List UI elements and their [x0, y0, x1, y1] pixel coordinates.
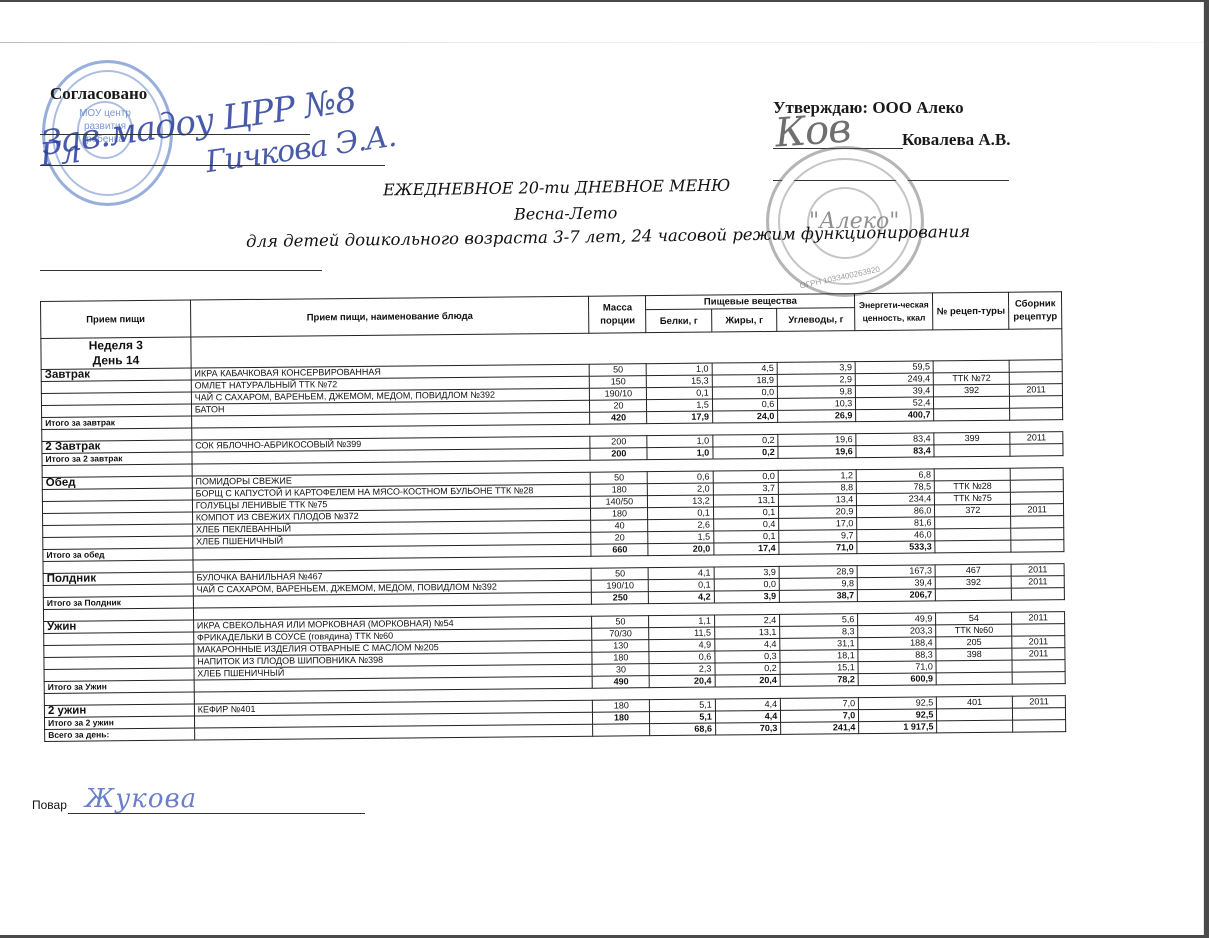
collection-cell: 2011: [1010, 384, 1063, 397]
protein-cell: 5,1: [650, 699, 716, 712]
carbs-cell: 13,4: [779, 494, 857, 507]
collection-cell: [1009, 360, 1062, 373]
day-total-mass-cell: [593, 724, 650, 737]
fat-cell: 4,5: [712, 362, 778, 375]
mass-cell: 180: [591, 484, 648, 497]
fat-cell: 0,2: [715, 662, 781, 675]
total-recipe-cell: [937, 708, 1013, 721]
collection-cell: [1009, 372, 1062, 385]
total-kcal-cell: 400,7: [856, 409, 934, 422]
total-kcal-cell: 83,4: [856, 445, 934, 458]
approver-name: Ковалева А.В.: [902, 130, 1011, 150]
day-total-fat-cell: 70,3: [715, 722, 781, 735]
signature-line: [40, 165, 385, 166]
kcal-cell: 81,6: [857, 517, 935, 530]
kcal-cell: 78,5: [857, 481, 935, 494]
collection-cell: [1012, 660, 1065, 673]
protein-cell: 1,5: [647, 399, 713, 412]
total-protein-cell: 4,2: [649, 591, 715, 604]
collection-cell: 2011: [1013, 696, 1066, 709]
carbs-cell: 31,1: [780, 638, 858, 651]
mass-cell: 20: [591, 532, 648, 545]
protein-cell: 2,6: [648, 519, 714, 532]
total-fat-cell: 20,4: [715, 674, 781, 687]
collection-cell: [1010, 396, 1063, 409]
document-season: Весна-Лето: [514, 203, 618, 223]
collection-cell: [1010, 468, 1063, 481]
recipe-cell: [933, 360, 1009, 373]
collection-cell: 2011: [1012, 636, 1065, 649]
mass-cell: 70/30: [592, 628, 649, 641]
day-total-blank-cell: [194, 724, 593, 740]
carbs-cell: 8,3: [780, 626, 858, 639]
protein-cell: 11,5: [649, 627, 715, 640]
cook-label: Повар: [32, 798, 67, 812]
mass-cell: 180: [593, 700, 650, 713]
protein-cell: 2,3: [649, 663, 715, 676]
protein-cell: 0,1: [647, 387, 713, 400]
signature-line: [40, 270, 322, 271]
collection-cell: 2011: [1010, 432, 1063, 445]
total-fat-cell: 4,4: [715, 710, 781, 723]
kcal-cell: 71,0: [858, 661, 936, 674]
total-carbs-cell: 78,2: [780, 674, 858, 687]
header-energy: Энергети-ческая ценность, ккал: [855, 293, 933, 331]
day-total-kcal-cell: 1 917,5: [859, 721, 937, 734]
signature-left-2-initials: Гл: [38, 132, 81, 174]
recipe-cell: [935, 516, 1011, 529]
total-mass-cell: 200: [590, 448, 647, 461]
recipe-cell: [936, 660, 1012, 673]
fat-cell: 4,4: [715, 698, 781, 711]
recipe-cell: [935, 528, 1011, 541]
collection-cell: 2011: [1011, 564, 1064, 577]
scanned-page: МОУ центр развития ребенка Согласовано З…: [0, 2, 1204, 935]
fat-cell: 0,0: [712, 386, 778, 399]
total-carbs-cell: 38,7: [779, 590, 857, 603]
protein-cell: 1,0: [647, 363, 713, 376]
signature-line: [40, 134, 310, 135]
carbs-cell: 15,1: [780, 662, 858, 675]
total-fat-cell: 17,4: [714, 542, 780, 555]
collection-cell: 2011: [1011, 504, 1064, 517]
total-mass-cell: 250: [592, 592, 649, 605]
fat-cell: 4,4: [715, 638, 781, 651]
mass-cell: 190/10: [590, 388, 647, 401]
mass-cell: 180: [592, 652, 649, 665]
week-label: Неделя 3: [44, 338, 187, 354]
mass-cell: 150: [590, 376, 647, 389]
protein-cell: 0,6: [649, 651, 715, 664]
collection-cell: [1011, 528, 1064, 541]
cook-signature: Жукова: [85, 784, 197, 814]
total-collection-cell: [1011, 540, 1064, 553]
total-protein-cell: 20,4: [650, 675, 716, 688]
recipe-cell: 205: [936, 636, 1012, 649]
header-dish: Прием пищи, наименование блюда: [190, 296, 589, 337]
recipe-cell: 467: [935, 564, 1011, 577]
total-collection-cell: [1012, 588, 1065, 601]
kcal-cell: 234,4: [857, 493, 935, 506]
total-recipe-cell: [936, 672, 1012, 685]
total-mass-cell: 490: [593, 676, 650, 689]
kcal-cell: 88,3: [858, 649, 936, 662]
total-recipe-cell: [935, 540, 1011, 553]
kcal-cell: 92,5: [859, 697, 937, 710]
week-day-cell: Неделя 3 День 14: [41, 337, 191, 369]
kcal-cell: 52,4: [856, 397, 934, 410]
scan-edge-line: [0, 42, 1203, 43]
total-carbs-cell: 71,0: [779, 542, 857, 555]
mass-cell: 20: [590, 400, 647, 413]
carbs-cell: 3,9: [777, 362, 855, 375]
fat-cell: 13,1: [713, 494, 779, 507]
header-carbs: Углеводы, г: [777, 308, 855, 332]
total-collection-cell: [1010, 408, 1063, 421]
kcal-cell: 167,3: [857, 565, 935, 578]
protein-cell: 4,9: [649, 639, 715, 652]
total-fat-cell: 0,2: [713, 446, 779, 459]
fat-cell: 0,0: [713, 470, 779, 483]
recipe-cell: ТТК №60: [936, 624, 1012, 637]
recipe-cell: 392: [935, 576, 1011, 589]
total-kcal-cell: 600,9: [858, 673, 936, 686]
mass-cell: 50: [590, 364, 647, 377]
kcal-cell: 46,0: [857, 529, 935, 542]
carbs-cell: 19,6: [778, 434, 856, 447]
recipe-cell: ТТК №75: [935, 492, 1011, 505]
kcal-cell: 39,4: [857, 577, 935, 590]
mass-cell: 40: [591, 520, 648, 533]
header-collection: Сборник рецептур: [1009, 292, 1062, 330]
kcal-cell: 39,4: [856, 385, 934, 398]
recipe-cell: 54: [936, 612, 1012, 625]
carbs-cell: 9,8: [779, 578, 857, 591]
kcal-cell: 203,3: [858, 625, 936, 638]
total-collection-cell: [1010, 444, 1063, 457]
mass-cell: 130: [592, 640, 649, 653]
carbs-cell: 8,8: [778, 482, 856, 495]
day-label: День 14: [45, 353, 188, 369]
recipe-cell: [934, 396, 1010, 409]
protein-cell: 0,1: [648, 507, 714, 520]
carbs-cell: 7,0: [781, 698, 859, 711]
collection-cell: 2011: [1012, 612, 1065, 625]
kcal-cell: 188,4: [858, 637, 936, 650]
collection-cell: 2011: [1012, 648, 1065, 661]
fat-cell: 0,6: [712, 398, 778, 411]
header-recipe-no: № рецеп-туры: [933, 292, 1009, 330]
total-carbs-cell: 19,6: [778, 446, 856, 459]
carbs-cell: 20,9: [779, 506, 857, 519]
recipe-cell: ТТК №72: [934, 372, 1010, 385]
right-stamp: "Алеко" ОГРН 1033400263920: [766, 146, 924, 297]
total-mass-cell: 420: [590, 412, 647, 425]
total-protein-cell: 5,1: [650, 711, 716, 724]
carbs-cell: 10,3: [778, 398, 856, 411]
mass-cell: 50: [591, 472, 648, 485]
header-protein: Белки, г: [646, 309, 712, 333]
mass-cell: 50: [592, 616, 649, 629]
protein-cell: 13,2: [648, 495, 714, 508]
right-stamp-ogrn: ОГРН 1033400263920: [799, 265, 881, 291]
fat-cell: 0,0: [714, 578, 780, 591]
total-recipe-cell: [934, 408, 1010, 421]
carbs-cell: 18,1: [780, 650, 858, 663]
total-protein-cell: 20,0: [648, 543, 714, 556]
kcal-cell: 86,0: [857, 505, 935, 518]
fat-cell: 13,1: [714, 626, 780, 639]
carbs-cell: 28,9: [779, 566, 857, 579]
menu-table: Прием пищи Прием пищи, наименование блюд…: [40, 291, 1066, 742]
protein-cell: 1,5: [648, 531, 714, 544]
collection-cell: [1011, 516, 1064, 529]
protein-cell: 2,0: [648, 483, 714, 496]
day-total-recipe-cell: [937, 720, 1013, 733]
mass-cell: 200: [590, 436, 647, 449]
day-total-protein-cell: 68,6: [650, 723, 716, 736]
recipe-cell: 392: [934, 384, 1010, 397]
menu-table-wrapper: Прием пищи Прием пищи, наименование блюд…: [40, 291, 1066, 742]
recipe-cell: [934, 468, 1010, 481]
protein-cell: 1,1: [649, 615, 715, 628]
recipe-cell: ТТК №28: [935, 480, 1011, 493]
mass-cell: 180: [591, 508, 648, 521]
mass-cell: 50: [592, 568, 649, 581]
document-title: ЕЖЕДНЕВНОЕ 20-ти ДНЕВНОЕ МЕНЮ: [383, 176, 730, 200]
total-recipe-cell: [934, 444, 1010, 457]
fat-cell: 0,1: [714, 530, 780, 543]
total-kcal-cell: 206,7: [858, 589, 936, 602]
carbs-cell: 17,0: [779, 518, 857, 531]
header-mass: Масса порции: [589, 296, 646, 334]
fat-cell: 0,1: [713, 506, 779, 519]
recipe-cell: 401: [937, 696, 1013, 709]
collection-cell: [1012, 624, 1065, 637]
carbs-cell: 9,8: [778, 386, 856, 399]
agreed-title: Согласовано: [50, 84, 147, 104]
total-protein-cell: 17,9: [647, 411, 713, 424]
total-collection-cell: [1012, 672, 1065, 685]
menu-table-body: ЗавтракИКРА КАБАЧКОВАЯ КОНСЕРВИРОВАННАЯ5…: [41, 360, 1066, 742]
total-protein-cell: 1,0: [647, 447, 713, 460]
protein-cell: 0,1: [649, 579, 715, 592]
total-mass-cell: 660: [591, 544, 648, 557]
total-fat-cell: 3,9: [714, 590, 780, 603]
cook-signature-line: [68, 813, 365, 814]
mass-cell: 30: [592, 664, 649, 677]
kcal-cell: 249,4: [855, 373, 933, 386]
total-kcal-cell: 92,5: [859, 709, 937, 722]
total-collection-cell: [1013, 708, 1066, 721]
recipe-cell: 398: [936, 648, 1012, 661]
kcal-cell: 59,5: [855, 361, 933, 374]
protein-cell: 15,3: [647, 375, 713, 388]
total-kcal-cell: 533,3: [857, 541, 935, 554]
fat-cell: 0,3: [715, 650, 781, 663]
carbs-cell: 5,6: [780, 614, 858, 627]
day-total-collection-cell: [1013, 720, 1066, 733]
collection-cell: [1011, 492, 1064, 505]
collection-cell: [1010, 480, 1063, 493]
protein-cell: 4,1: [648, 567, 714, 580]
total-recipe-cell: [936, 588, 1012, 601]
mass-cell: 140/50: [591, 496, 648, 509]
carbs-cell: 2,9: [777, 374, 855, 387]
fat-cell: 2,4: [714, 614, 780, 627]
total-mass-cell: 180: [593, 712, 650, 725]
recipe-cell: 399: [934, 432, 1010, 445]
recipe-cell: 372: [935, 504, 1011, 517]
carbs-cell: 1,2: [778, 470, 856, 483]
fat-cell: 3,9: [714, 566, 780, 579]
fat-cell: 18,9: [712, 374, 778, 387]
fat-cell: 0,4: [713, 518, 779, 531]
fat-cell: 0,2: [713, 434, 779, 447]
kcal-cell: 83,4: [856, 433, 934, 446]
fat-cell: 3,7: [713, 482, 779, 495]
kcal-cell: 6,8: [856, 469, 934, 482]
protein-cell: 1,0: [647, 435, 713, 448]
total-carbs-cell: 26,9: [778, 410, 856, 423]
day-total-carbs-cell: 241,4: [781, 722, 859, 735]
header-fat: Жиры, г: [711, 308, 777, 332]
header-meal: Прием пищи: [41, 300, 191, 338]
kcal-cell: 49,9: [858, 613, 936, 626]
total-fat-cell: 24,0: [712, 410, 778, 423]
protein-cell: 0,6: [648, 471, 714, 484]
collection-cell: 2011: [1011, 576, 1064, 589]
total-carbs-cell: 7,0: [781, 710, 859, 723]
carbs-cell: 9,7: [779, 530, 857, 543]
day-total-label-cell: Всего за день:: [45, 728, 195, 741]
mass-cell: 190/10: [592, 580, 649, 593]
